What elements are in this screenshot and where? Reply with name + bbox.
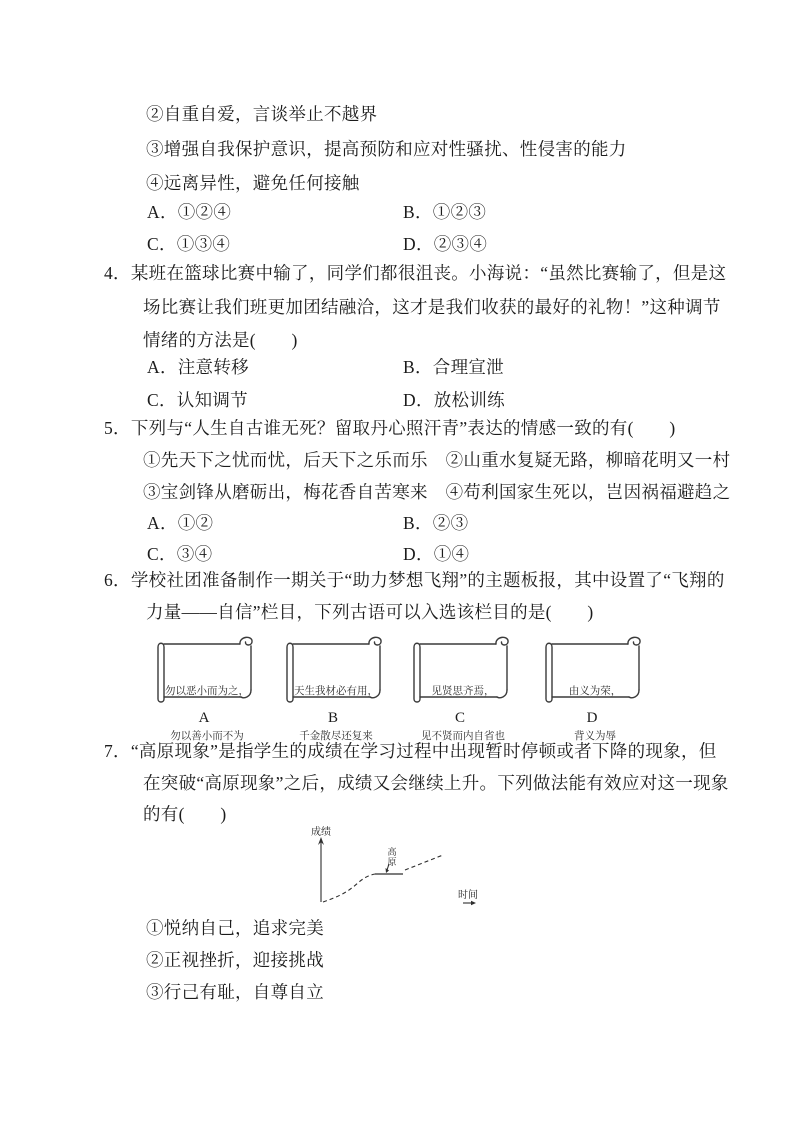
exam-page: ②自重自爱，言谈举止不越界 ③增强自我保护意识，提高预防和应对性骚扰、性侵害的能… <box>0 0 793 1122</box>
q3-option-b: B．①②③ <box>403 201 486 223</box>
q7-line-2: 在突破“高原现象”之后，成绩又会继续上升。下列做法能有效应对这一现象 <box>143 772 729 794</box>
scroll-d-label: D <box>536 709 648 727</box>
x-axis-arrowhead-icon <box>471 901 476 905</box>
scroll-option-a: 勿以恶小而为之， 勿以善小而不为 <box>148 633 260 707</box>
curve-rise-1 <box>323 874 375 902</box>
curve-rise-2 <box>405 855 443 870</box>
q3-item-3: ③增强自我保护意识，提高预防和应对性骚扰、性侵害的能力 <box>146 138 627 160</box>
q7-item-2: ②正视挫折，迎接挑战 <box>146 949 324 971</box>
scroll-a-label: A <box>148 709 260 727</box>
graph-y-axis-label: 成绩 <box>311 825 331 838</box>
scroll-top-curl <box>496 637 508 645</box>
q5-first-line: 5．下列与“人生自古谁无死？留取丹心照汗青”表达的情感一致的有( ) <box>104 417 675 439</box>
q4-line-1: 某班在篮球比赛中输了，同学们都很沮丧。小海说：“虽然比赛输了，但是这 <box>131 263 726 283</box>
q6-line-2: 力量——自信”栏目，下列古语可以入选该栏目的是( ) <box>146 601 594 623</box>
q4-first-line: 4．某班在篮球比赛中输了，同学们都很沮丧。小海说：“虽然比赛输了，但是这 <box>104 262 726 284</box>
q7-line-1: “高原现象”是指学生的成绩在学习过程中出现暂时停顿或者下降的现象，但 <box>131 741 717 761</box>
scroll-top-curl <box>369 637 381 645</box>
q7-number: 7． <box>104 740 131 762</box>
q5-option-d: D．①④ <box>403 543 469 565</box>
graph-x-axis-label: 时间 <box>458 888 478 901</box>
q3-option-a: A．①②④ <box>147 201 231 223</box>
scroll-option-d: 由义为荣， 背义为辱 <box>536 633 648 707</box>
scroll-top-curl <box>240 637 252 645</box>
scroll-option-c: 见贤思齐焉， 见不贤而内自省也 <box>404 633 516 707</box>
scroll-option-b: 天生我材必有用， 千金散尽还复来 <box>277 633 389 707</box>
q3-option-d: D．②③④ <box>403 233 487 255</box>
q4-option-a: A．注意转移 <box>147 356 249 378</box>
q6-first-line: 6．学校社团准备制作一期关于“助力梦想飞翔”的主题板报，其中设置了“飞翔的 <box>104 569 725 591</box>
q5-option-b: B．②③ <box>403 512 468 534</box>
q7-item-3: ③行己有耻，自尊自立 <box>146 981 324 1003</box>
q7-item-1: ①悦纳自己，追求完美 <box>146 917 324 939</box>
scroll-a-line-1: 勿以恶小而为之， <box>162 684 252 699</box>
q6-number: 6． <box>104 569 131 591</box>
q7-first-line: 7．“高原现象”是指学生的成绩在学习过程中出现暂时停顿或者下降的现象，但 <box>104 740 717 762</box>
q3-item-4: ④远离异性，避免任何接触 <box>146 172 360 194</box>
q4-number: 4． <box>104 262 131 284</box>
q5-line-2: ①先天下之忧而忧，后天下之乐而乐 ②山重水复疑无路，柳暗花明又一村 <box>143 449 730 471</box>
q3-item-2: ②自重自爱，言谈举止不越界 <box>146 103 377 125</box>
q3-option-c: C．①③④ <box>147 233 230 255</box>
q7-line-3: 的有( ) <box>143 803 226 825</box>
scroll-b-line-1: 天生我材必有用， <box>291 684 381 699</box>
q6-line-1: 学校社团准备制作一期关于“助力梦想飞翔”的主题板报，其中设置了“飞翔的 <box>131 570 725 590</box>
q4-line-3: 情绪的方法是( ) <box>143 329 298 351</box>
scroll-c-line-1: 见贤思齐焉， <box>418 684 508 699</box>
q5-option-c: C．③④ <box>147 543 212 565</box>
scroll-b-label: B <box>277 709 389 727</box>
graph-plateau-annotation: 高原 <box>386 847 398 867</box>
q5-line-3: ③宝剑锋从磨砺出，梅花香自苦寒来 ④苟利国家生死以，岂因祸福避趋之 <box>143 481 730 503</box>
q4-line-2: 场比赛让我们班更加团结融洽，这才是我们收获的最好的礼物！”这种调节 <box>143 296 721 318</box>
q5-line-1: 下列与“人生自古谁无死？留取丹心照汗青”表达的情感一致的有( ) <box>131 418 676 438</box>
q5-number: 5． <box>104 417 131 439</box>
q4-option-c: C．认知调节 <box>147 389 248 411</box>
scroll-top-curl <box>628 637 640 645</box>
scroll-c-label: C <box>404 709 516 727</box>
q5-option-a: A．①② <box>147 512 213 534</box>
q4-option-b: B．合理宣泄 <box>403 356 504 378</box>
scroll-d-line-1: 由义为荣， <box>550 684 640 699</box>
q4-option-d: D．放松训练 <box>403 389 505 411</box>
